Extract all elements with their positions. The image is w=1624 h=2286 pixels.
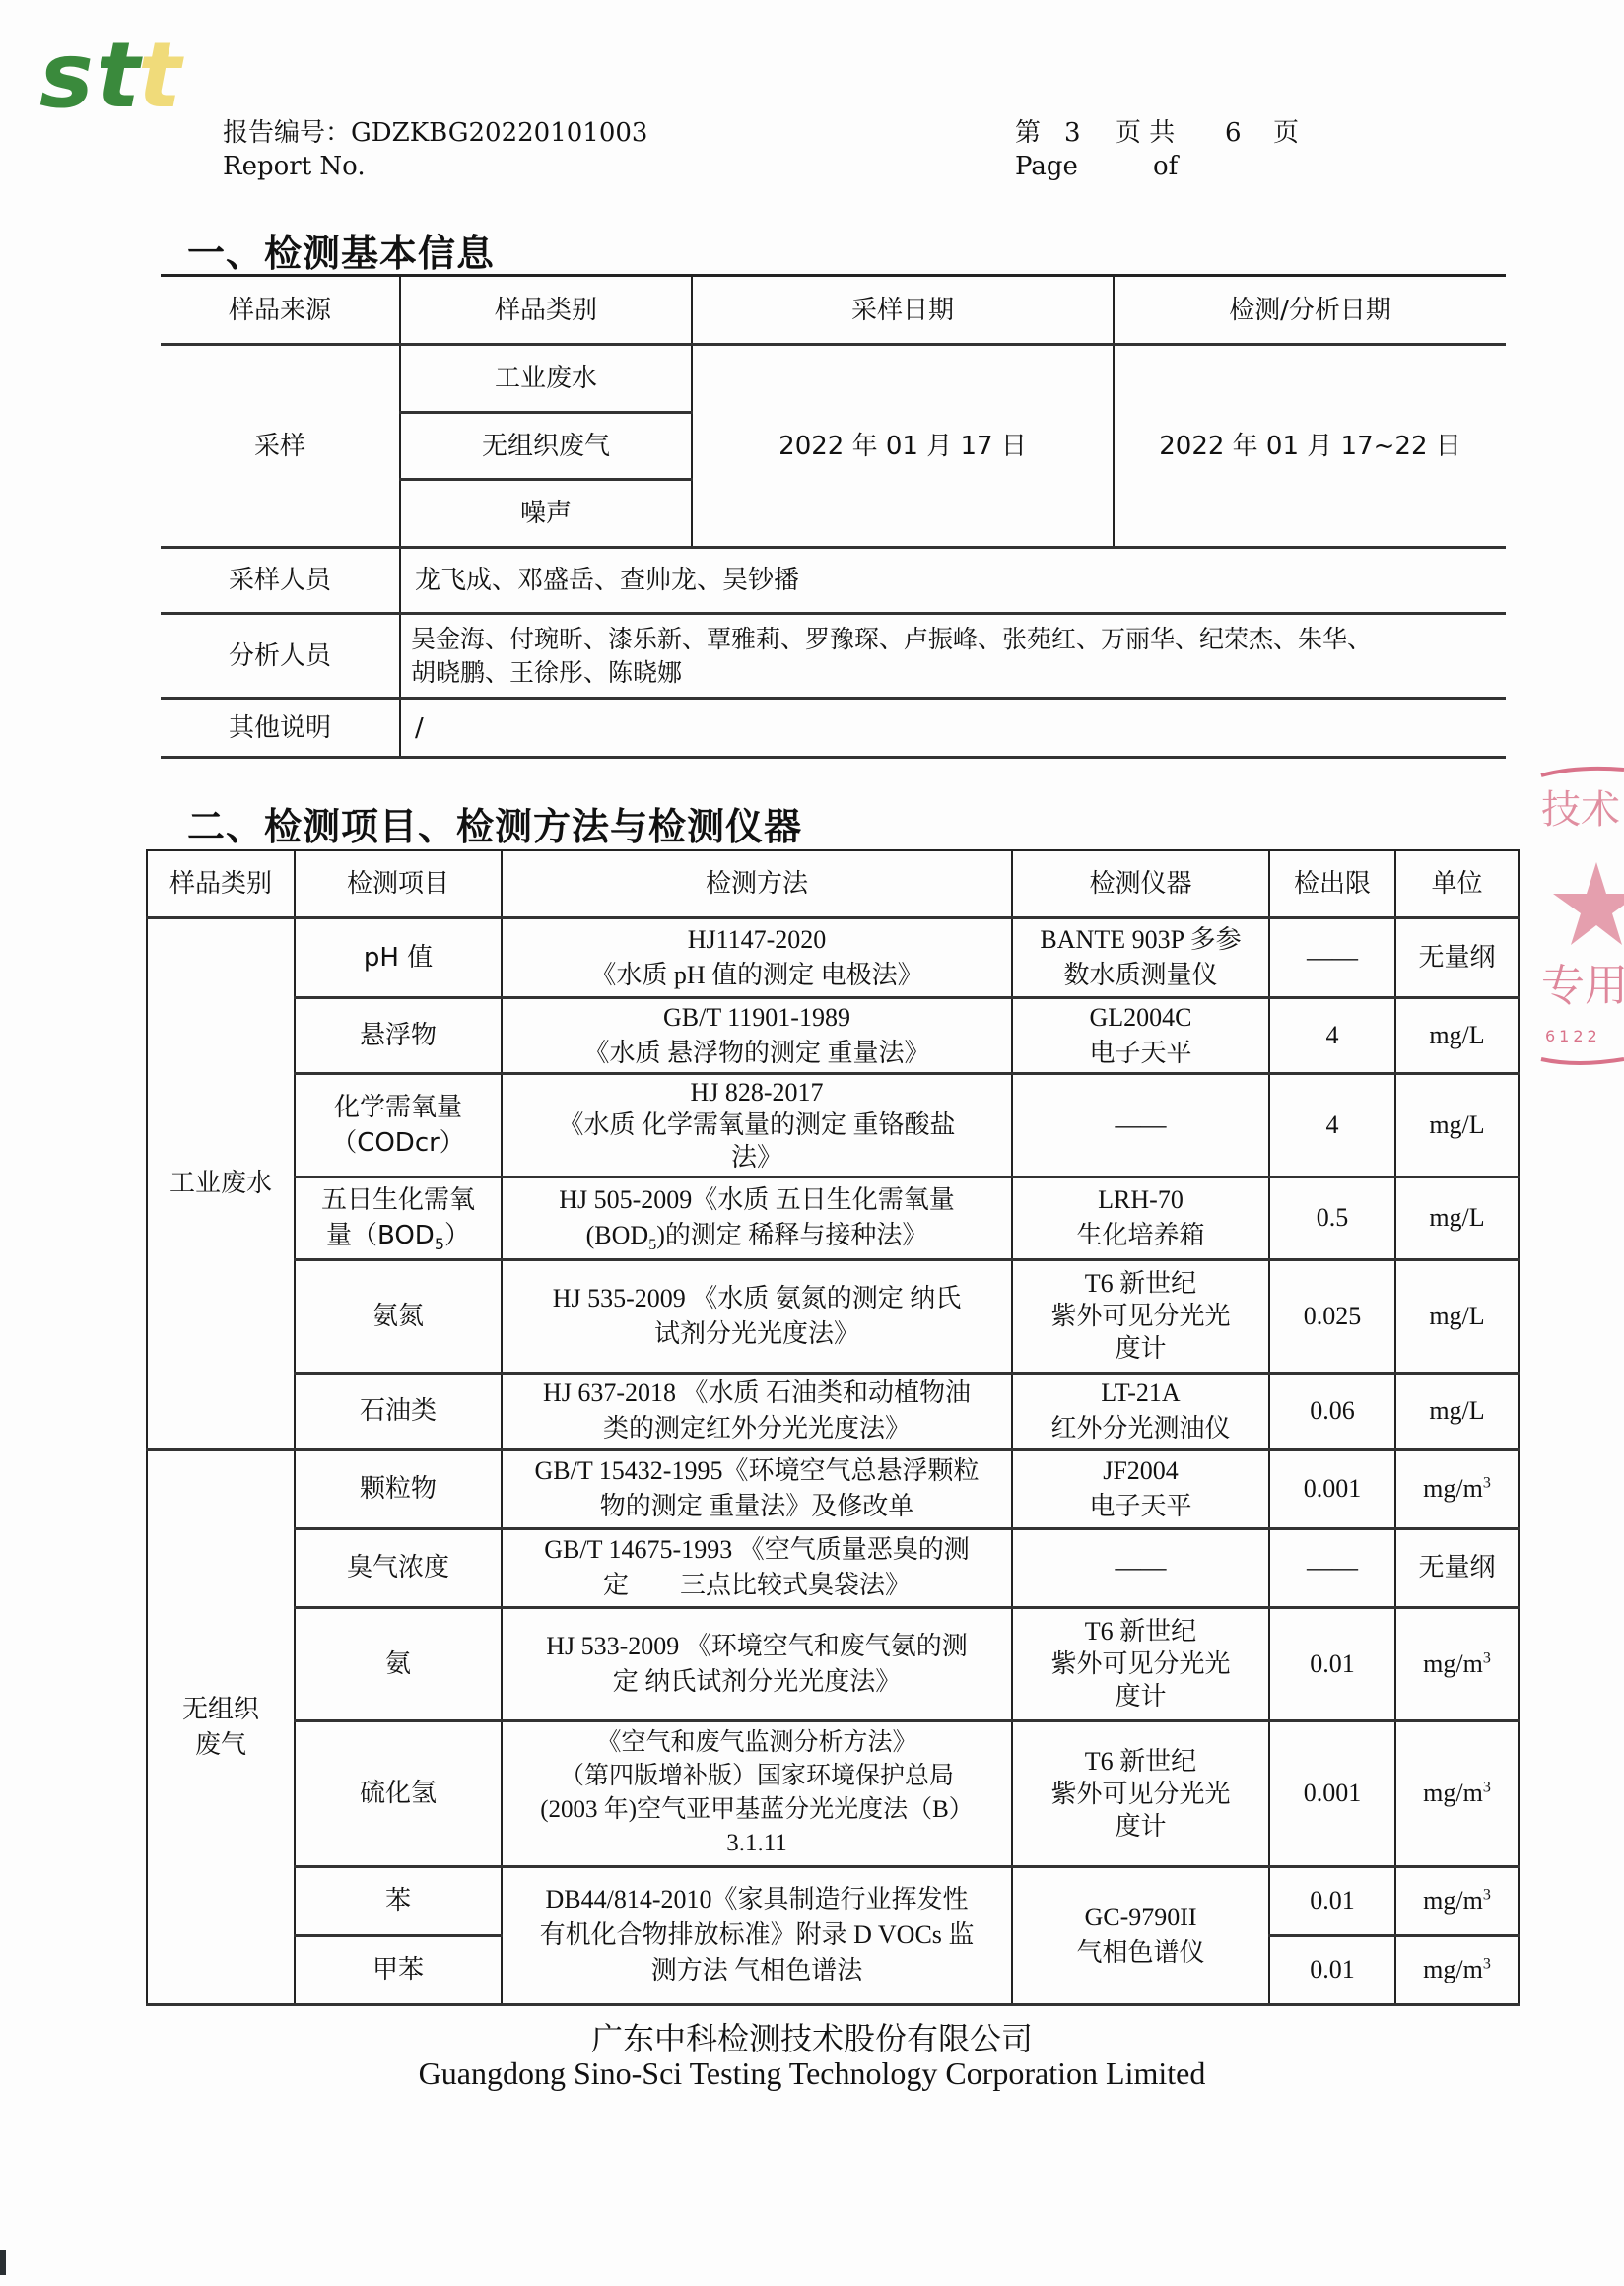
method-line: 定 三点比较式臭袋法》 (508, 1568, 1005, 1603)
table-row: 采样人员 龙飞成、邓盛岳、查帅龙、吴钞播 (161, 548, 1506, 614)
instrument-cell: GC-9790II气相色谱仪 (1012, 1866, 1269, 2004)
method-line: 《水质 pH 值的测定 电极法》 (508, 958, 1005, 993)
category-noise: 噪声 (400, 480, 692, 548)
method-line: 试剂分光光度法》 (508, 1316, 1005, 1352)
analysts-value: 吴金海、付琬昕、漆乐新、覃雅莉、罗豫琛、卢振峰、张苑红、万丽华、纪荣杰、朱华、 … (400, 614, 1506, 699)
method-cell: HJ 637-2018 《水质 石油类和动植物油类的测定红外分光光度法》 (502, 1373, 1012, 1449)
header-item: 检测项目 (295, 850, 502, 917)
instrument-cell: LRH-70生化培养箱 (1012, 1177, 1269, 1259)
table-row: 氨氮 HJ 535-2009 《水质 氨氮的测定 纳氏试剂分光光度法》 T6 新… (147, 1259, 1519, 1373)
page-suffix: 页 (1273, 116, 1299, 150)
limit-cell: —— (1269, 917, 1395, 997)
header-detection-limit: 检出限 (1269, 850, 1395, 917)
instrument-cell: —— (1012, 1073, 1269, 1177)
method-line: (BOD5)的测定 稀释与接种法》 (508, 1218, 1005, 1253)
svg-text:技术: 技术 (1541, 787, 1620, 833)
sampling-date: 2022 年 01 月 17 日 (692, 345, 1114, 548)
instrument-cell: JF2004电子天平 (1012, 1449, 1269, 1528)
instrument-line: LRH-70 (1019, 1182, 1262, 1218)
instrument-line: GL2004C (1019, 1000, 1262, 1036)
svg-text:6122: 6122 (1545, 1027, 1601, 1045)
unit-cell: 无量纲 (1395, 1528, 1519, 1607)
svg-text:s: s (39, 30, 94, 118)
unit-cell: mg/m3 (1395, 1720, 1519, 1866)
svg-text:专用: 专用 (1541, 961, 1624, 1011)
unit-cell: mg/L (1395, 1259, 1519, 1373)
instrument-line: BANTE 903P 多参 (1019, 922, 1262, 958)
report-number: 报告编号：GDZKBG20220101003 (223, 116, 647, 150)
item-line: 化学需氧量 (302, 1090, 495, 1125)
category-fugitive-gas: 无组织废气 (400, 413, 692, 480)
group-category-wastewater: 工业废水 (147, 917, 295, 1449)
page-en-of: of (1153, 150, 1178, 183)
analysts-line-2: 胡晓鹏、王徐彤、陈晓娜 (411, 656, 1500, 690)
method-line: HJ 637-2018 《水质 石油类和动植物油 (508, 1376, 1005, 1411)
instrument-line: T6 新世纪 (1019, 1267, 1262, 1300)
instrument-cell: BANTE 903P 多参数水质测量仪 (1012, 917, 1269, 997)
item-cell: 氨氮 (295, 1259, 502, 1373)
category-line: 废气 (154, 1727, 288, 1763)
method-cell: 《空气和废气监测分析方法》（第四版增补版）国家环境保护总局(2003 年)空气亚… (502, 1720, 1012, 1866)
item-cell: 臭气浓度 (295, 1528, 502, 1607)
report-no-label-en: Report No. (223, 150, 366, 183)
scan-edge-mark (0, 2250, 6, 2275)
method-line: 法》 (508, 1141, 1005, 1174)
page-total: 6 (1225, 116, 1242, 150)
method-cell: HJ 828-2017《水质 化学需氧量的测定 重铬酸盐法》 (502, 1073, 1012, 1177)
item-cell: 悬浮物 (295, 997, 502, 1073)
unit-cell: mg/m3 (1395, 1935, 1519, 2004)
analysts-label: 分析人员 (161, 614, 400, 699)
method-line: GB/T 15432-1995《环境空气总悬浮颗粒 (508, 1453, 1005, 1489)
item-cell: 苯 (295, 1866, 502, 1935)
unit-cell: mg/m3 (1395, 1866, 1519, 1935)
company-logo: s t t (39, 30, 207, 118)
table-row: 硫化氢 《空气和废气监测分析方法》（第四版增补版）国家环境保护总局(2003 年… (147, 1720, 1519, 1866)
instrument-cell: LT-21A红外分光测油仪 (1012, 1373, 1269, 1449)
table-row: 其他说明 / (161, 699, 1506, 758)
unit-cell: 无量纲 (1395, 917, 1519, 997)
method-line: 《水质 悬浮物的测定 重量法》 (508, 1036, 1005, 1071)
method-line: GB/T 11901-1989 (508, 1000, 1005, 1036)
method-line: HJ 535-2009 《水质 氨氮的测定 纳氏 (508, 1281, 1005, 1316)
method-line: 物的测定 重量法》及修改单 (508, 1489, 1005, 1524)
limit-cell: —— (1269, 1528, 1395, 1607)
method-line: HJ1147-2020 (508, 922, 1005, 958)
item-cell: 甲苯 (295, 1935, 502, 2004)
item-cell: 颗粒物 (295, 1449, 502, 1528)
header-instrument: 检测仪器 (1012, 850, 1269, 917)
limit-cell: 4 (1269, 997, 1395, 1073)
instrument-line: 度计 (1019, 1332, 1262, 1365)
method-line: 《空气和废气监测分析方法》 (508, 1726, 1005, 1760)
limit-cell: 0.06 (1269, 1373, 1395, 1449)
instrument-line: JF2004 (1019, 1453, 1262, 1489)
method-cell: GB/T 14675-1993 《空气质量恶臭的测定 三点比较式臭袋法》 (502, 1528, 1012, 1607)
limit-cell: 0.01 (1269, 1935, 1395, 2004)
instrument-line: 电子天平 (1019, 1489, 1262, 1524)
instrument-line: 紫外可见分光光 (1019, 1300, 1262, 1332)
table-row: 氨 HJ 533-2009 《环境空气和废气氨的测定 纳氏试剂分光光度法》 T6… (147, 1607, 1519, 1720)
header-category: 样品类别 (147, 850, 295, 917)
samplers-label: 采样人员 (161, 548, 400, 614)
header-sample-category: 样品类别 (400, 276, 692, 345)
page-current: 3 (1064, 116, 1081, 150)
item-cell: pH 值 (295, 917, 502, 997)
samplers-value: 龙飞成、邓盛岳、查帅龙、吴钞播 (400, 548, 1506, 614)
table-header-row: 样品来源 样品类别 采样日期 检测/分析日期 (161, 276, 1506, 345)
report-no-label-cn: 报告编号： (223, 118, 351, 148)
analysis-date: 2022 年 01 月 17~22 日 (1114, 345, 1506, 548)
page-prefix: 第 (1015, 116, 1041, 150)
method-line: 《水质 化学需氧量的测定 重铬酸盐 (508, 1109, 1005, 1141)
method-line: GB/T 14675-1993 《空气质量恶臭的测 (508, 1532, 1005, 1568)
group-category-fugitive-gas: 无组织废气 (147, 1449, 295, 2004)
instrument-line: 紫外可见分光光 (1019, 1778, 1262, 1810)
unit-cell: mg/m3 (1395, 1607, 1519, 1720)
limit-cell: 0.001 (1269, 1449, 1395, 1528)
other-notes-label: 其他说明 (161, 699, 400, 758)
unit-cell: mg/L (1395, 1177, 1519, 1259)
instrument-line: 电子天平 (1019, 1036, 1262, 1071)
section2-title: 二、检测项目、检测方法与检测仪器 (187, 796, 802, 850)
table-header-row: 样品类别 检测项目 检测方法 检测仪器 检出限 单位 (147, 850, 1519, 917)
footer-company-cn: 广东中科检测技术股份有限公司 (0, 2014, 1624, 2059)
instrument-line: GC-9790II (1019, 1900, 1262, 1935)
method-cell: GB/T 15432-1995《环境空气总悬浮颗粒物的测定 重量法》及修改单 (502, 1449, 1012, 1528)
method-line: 定 纳氏试剂分光光度法》 (508, 1664, 1005, 1700)
method-cell: HJ1147-2020《水质 pH 值的测定 电极法》 (502, 917, 1012, 997)
item-line: 量（BOD5） (302, 1218, 495, 1253)
item-cell: 石油类 (295, 1373, 502, 1449)
item-cell: 氨 (295, 1607, 502, 1720)
instrument-line: LT-21A (1019, 1376, 1262, 1411)
unit-cell: mg/L (1395, 1373, 1519, 1449)
category-line: 无组织 (154, 1692, 288, 1727)
header-method: 检测方法 (502, 850, 1012, 917)
method-cell: GB/T 11901-1989《水质 悬浮物的测定 重量法》 (502, 997, 1012, 1073)
limit-cell: 0.01 (1269, 1607, 1395, 1720)
instrument-line: 气相色谱仪 (1019, 1935, 1262, 1971)
report-no-value: GDZKBG20220101003 (351, 118, 647, 148)
table-row: 无组织废气 颗粒物 GB/T 15432-1995《环境空气总悬浮颗粒物的测定 … (147, 1449, 1519, 1528)
method-line: (2003 年)空气亚甲基蓝分光光度法（B） (508, 1793, 1005, 1827)
limit-cell: 0.025 (1269, 1259, 1395, 1373)
item-cell: 化学需氧量（CODcr） (295, 1073, 502, 1177)
instrument-line: 生化培养箱 (1019, 1218, 1262, 1253)
star-icon (1553, 862, 1624, 945)
instrument-cell: T6 新世纪紫外可见分光光度计 (1012, 1607, 1269, 1720)
instrument-line: 数水质测量仪 (1019, 958, 1262, 993)
method-line: 测方法 气相色谱法 (508, 1953, 1005, 1988)
category-industrial-wastewater: 工业废水 (400, 345, 692, 413)
method-line: DB44/814-2010《家具制造行业挥发性 (508, 1882, 1005, 1917)
limit-cell: 0.001 (1269, 1720, 1395, 1866)
basic-info-table: 样品来源 样品类别 采样日期 检测/分析日期 采样 工业废水 2022 年 01… (161, 274, 1506, 759)
unit-cell: mg/L (1395, 1073, 1519, 1177)
section1-title: 一、检测基本信息 (187, 223, 495, 277)
methods-table: 样品类别 检测项目 检测方法 检测仪器 检出限 单位 工业废水 pH 值 HJ1… (146, 849, 1520, 2006)
svg-text:t: t (97, 30, 143, 118)
table-row: 分析人员 吴金海、付琬昕、漆乐新、覃雅莉、罗豫琛、卢振峰、张苑红、万丽华、纪荣杰… (161, 614, 1506, 699)
limit-cell: 0.5 (1269, 1177, 1395, 1259)
page-mid: 页 共 (1116, 116, 1175, 150)
instrument-cell: GL2004C电子天平 (1012, 997, 1269, 1073)
table-row: 苯 DB44/814-2010《家具制造行业挥发性有机化合物排放标准》附录 D … (147, 1866, 1519, 1935)
method-line: 有机化合物排放标准》附录 D VOCs 监 (508, 1917, 1005, 1953)
instrument-cell: T6 新世纪紫外可见分光光度计 (1012, 1259, 1269, 1373)
instrument-cell: T6 新世纪紫外可见分光光度计 (1012, 1720, 1269, 1866)
item-line: 五日生化需氧 (302, 1182, 495, 1218)
page-en-label: Page (1015, 150, 1078, 183)
instrument-line: 度计 (1019, 1810, 1262, 1843)
table-row: 化学需氧量（CODcr） HJ 828-2017《水质 化学需氧量的测定 重铬酸… (147, 1073, 1519, 1177)
header-sampling-date: 采样日期 (692, 276, 1114, 345)
method-cell: HJ 533-2009 《环境空气和废气氨的测定 纳氏试剂分光光度法》 (502, 1607, 1012, 1720)
table-row: 工业废水 pH 值 HJ1147-2020《水质 pH 值的测定 电极法》 BA… (147, 917, 1519, 997)
header-sample-source: 样品来源 (161, 276, 400, 345)
item-cell: 硫化氢 (295, 1720, 502, 1866)
method-cell: HJ 505-2009《水质 五日生化需氧量(BOD5)的测定 稀释与接种法》 (502, 1177, 1012, 1259)
item-line: （CODcr） (302, 1125, 495, 1161)
method-line: HJ 828-2017 (508, 1076, 1005, 1109)
method-cell: DB44/814-2010《家具制造行业挥发性有机化合物排放标准》附录 D VO… (502, 1866, 1012, 2004)
instrument-line: 度计 (1019, 1680, 1262, 1713)
seal-stamp: 技术 专用 6122 (1537, 764, 1624, 1079)
method-line: HJ 505-2009《水质 五日生化需氧量 (508, 1182, 1005, 1218)
table-row: 悬浮物 GB/T 11901-1989《水质 悬浮物的测定 重量法》 GL200… (147, 997, 1519, 1073)
instrument-line: T6 新世纪 (1019, 1615, 1262, 1647)
analysts-line-1: 吴金海、付琬昕、漆乐新、覃雅莉、罗豫琛、卢振峰、张苑红、万丽华、纪荣杰、朱华、 (411, 623, 1500, 656)
instrument-line: 紫外可见分光光 (1019, 1647, 1262, 1680)
limit-cell: 0.01 (1269, 1866, 1395, 1935)
table-row: 臭气浓度 GB/T 14675-1993 《空气质量恶臭的测定 三点比较式臭袋法… (147, 1528, 1519, 1607)
other-notes-value: / (400, 699, 1506, 758)
table-row: 石油类 HJ 637-2018 《水质 石油类和动植物油类的测定红外分光光度法》… (147, 1373, 1519, 1449)
header-analysis-date: 检测/分析日期 (1114, 276, 1506, 345)
table-row: 五日生化需氧量（BOD5） HJ 505-2009《水质 五日生化需氧量(BOD… (147, 1177, 1519, 1259)
instrument-cell: —— (1012, 1528, 1269, 1607)
item-cell: 五日生化需氧量（BOD5） (295, 1177, 502, 1259)
instrument-line: 红外分光测油仪 (1019, 1411, 1262, 1446)
method-line: HJ 533-2009 《环境空气和废气氨的测 (508, 1629, 1005, 1664)
instrument-line: T6 新世纪 (1019, 1745, 1262, 1778)
method-line: 3.1.11 (508, 1827, 1005, 1860)
unit-cell: mg/L (1395, 997, 1519, 1073)
footer-company-en: Guangdong Sino-Sci Testing Technology Co… (0, 2055, 1624, 2092)
unit-cell: mg/m3 (1395, 1449, 1519, 1528)
limit-cell: 4 (1269, 1073, 1395, 1177)
sample-source: 采样 (161, 345, 400, 548)
method-cell: HJ 535-2009 《水质 氨氮的测定 纳氏试剂分光光度法》 (502, 1259, 1012, 1373)
svg-text:t: t (138, 30, 184, 118)
method-line: （第四版增补版）国家环境保护总局 (508, 1760, 1005, 1793)
method-line: 类的测定红外分光光度法》 (508, 1411, 1005, 1446)
table-row: 采样 工业废水 2022 年 01 月 17 日 2022 年 01 月 17~… (161, 345, 1506, 413)
header-unit: 单位 (1395, 850, 1519, 917)
